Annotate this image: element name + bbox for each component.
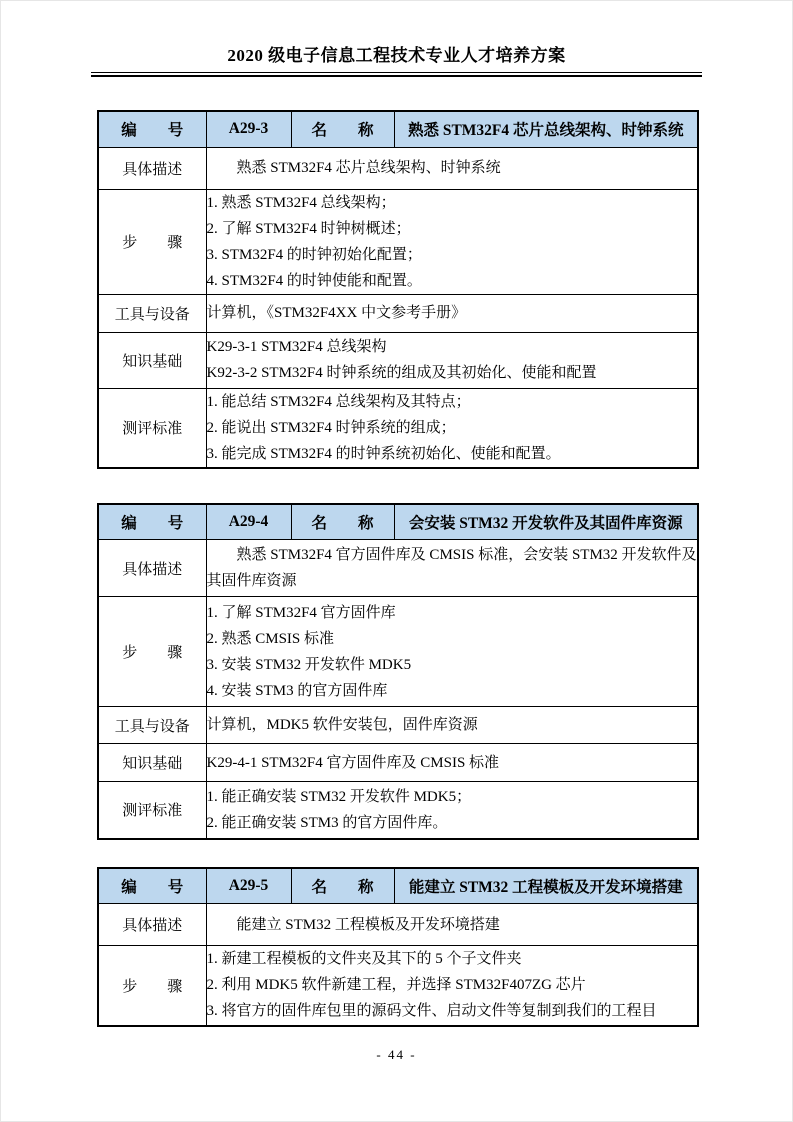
step-line: 2. 熟悉 CMSIS 标准 [207, 626, 698, 652]
code-label-cell: 编 号 [98, 111, 206, 147]
table-row: 知识基础 K29-4-1 STM32F4 官方固件库及 CMSIS 标准 [98, 744, 698, 782]
knowledge-line: K92-3-2 STM32F4 时钟系统的组成及其初始化、使能和配置 [207, 360, 698, 386]
knowledge-label-cell: 知识基础 [98, 744, 206, 782]
description-label-cell: 具体描述 [98, 540, 206, 597]
table-row: 工具与设备 计算机，MDK5 软件安装包，固件库资源 [98, 707, 698, 744]
steps-label-cell: 步 骤 [98, 597, 206, 707]
assessment-line: 3. 能完成 STM32F4 的时钟系统初始化、使能和配置。 [207, 441, 698, 467]
code-value-cell: A29-3 [206, 111, 291, 147]
step-line: 1. 熟悉 STM32F4 总线架构； [207, 190, 698, 216]
description-value-cell: 能建立 STM32 工程模板及开发环境搭建 [206, 904, 698, 946]
description-label-cell: 具体描述 [98, 147, 206, 189]
description-label-cell: 具体描述 [98, 904, 206, 946]
assessment-value-cell: 1. 能正确安装 STM32 开发软件 MDK5； 2. 能正确安装 STM3 … [206, 782, 698, 839]
tools-label-cell: 工具与设备 [98, 294, 206, 332]
table-row: 步 骤 1. 熟悉 STM32F4 总线架构； 2. 了解 STM32F4 时钟… [98, 189, 698, 294]
table-row: 测评标准 1. 能总结 STM32F4 总线架构及其特点； 2. 能说出 STM… [98, 388, 698, 468]
step-line: 2. 利用 MDK5 软件新建工程，并选择 STM32F407ZG 芯片 [207, 972, 698, 998]
name-label-cell: 名 称 [291, 111, 394, 147]
step-line: 1. 新建工程模板的文件夹及其下的 5 个子文件夹 [207, 946, 698, 972]
table-row: 知识基础 K29-3-1 STM32F4 总线架构 K92-3-2 STM32F… [98, 332, 698, 388]
steps-label-cell: 步 骤 [98, 946, 206, 1026]
assessment-label-cell: 测评标准 [98, 388, 206, 468]
steps-label-cell: 步 骤 [98, 189, 206, 294]
assessment-line: 1. 能总结 STM32F4 总线架构及其特点； [207, 389, 698, 415]
name-value-cell: 能建立 STM32 工程模板及开发环境搭建 [394, 868, 698, 904]
step-line: 4. 安装 STM3 的官方固件库 [207, 678, 698, 704]
step-line: 3. STM32F4 的时钟初始化配置； [207, 242, 698, 268]
assessment-line: 2. 能正确安装 STM3 的官方固件库。 [207, 810, 698, 836]
document-page: 2020 级电子信息工程技术专业人才培养方案 编 号 A29-3 名 称 熟悉 … [0, 0, 793, 1122]
step-line: 2. 了解 STM32F4 时钟树概述； [207, 216, 698, 242]
steps-value-cell: 1. 熟悉 STM32F4 总线架构； 2. 了解 STM32F4 时钟树概述；… [206, 189, 698, 294]
knowledge-value-cell: K29-4-1 STM32F4 官方固件库及 CMSIS 标准 [206, 744, 698, 782]
code-label-cell: 编 号 [98, 504, 206, 540]
code-label-cell: 编 号 [98, 868, 206, 904]
spec-table-a29-4: 编 号 A29-4 名 称 会安装 STM32 开发软件及其固件库资源 具体描述… [97, 503, 699, 840]
name-value-cell: 会安装 STM32 开发软件及其固件库资源 [394, 504, 698, 540]
spec-table-a29-5: 编 号 A29-5 名 称 能建立 STM32 工程模板及开发环境搭建 具体描述… [97, 867, 699, 1027]
table-row: 测评标准 1. 能正确安装 STM32 开发软件 MDK5； 2. 能正确安装 … [98, 782, 698, 839]
document-content: 编 号 A29-3 名 称 熟悉 STM32F4 芯片总线架构、时钟系统 具体描… [97, 110, 697, 1027]
header-rule [91, 72, 702, 77]
table-row: 步 骤 1. 了解 STM32F4 官方固件库 2. 熟悉 CMSIS 标准 3… [98, 597, 698, 707]
steps-value-cell: 1. 新建工程模板的文件夹及其下的 5 个子文件夹 2. 利用 MDK5 软件新… [206, 946, 698, 1026]
spec-table-a29-3: 编 号 A29-3 名 称 熟悉 STM32F4 芯片总线架构、时钟系统 具体描… [97, 110, 699, 469]
code-value-cell: A29-4 [206, 504, 291, 540]
name-label-cell: 名 称 [291, 868, 394, 904]
name-value-cell: 熟悉 STM32F4 芯片总线架构、时钟系统 [394, 111, 698, 147]
step-line: 3. 安装 STM32 开发软件 MDK5 [207, 652, 698, 678]
assessment-value-cell: 1. 能总结 STM32F4 总线架构及其特点； 2. 能说出 STM32F4 … [206, 388, 698, 468]
table-row: 具体描述 熟悉 STM32F4 官方固件库及 CMSIS 标准，会安装 STM3… [98, 540, 698, 597]
table-row: 编 号 A29-5 名 称 能建立 STM32 工程模板及开发环境搭建 [98, 868, 698, 904]
document-header: 2020 级电子信息工程技术专业人才培养方案 [0, 0, 793, 77]
table-row: 工具与设备 计算机，《STM32F4XX 中文参考手册》 [98, 294, 698, 332]
table-row: 步 骤 1. 新建工程模板的文件夹及其下的 5 个子文件夹 2. 利用 MDK5… [98, 946, 698, 1026]
table-row: 编 号 A29-3 名 称 熟悉 STM32F4 芯片总线架构、时钟系统 [98, 111, 698, 147]
assessment-label-cell: 测评标准 [98, 782, 206, 839]
step-line: 1. 了解 STM32F4 官方固件库 [207, 600, 698, 626]
step-line: 4. STM32F4 的时钟使能和配置。 [207, 268, 698, 294]
knowledge-value-cell: K29-3-1 STM32F4 总线架构 K92-3-2 STM32F4 时钟系… [206, 332, 698, 388]
name-label-cell: 名 称 [291, 504, 394, 540]
steps-value-cell: 1. 了解 STM32F4 官方固件库 2. 熟悉 CMSIS 标准 3. 安装… [206, 597, 698, 707]
knowledge-line: K29-3-1 STM32F4 总线架构 [207, 334, 698, 360]
assessment-line: 2. 能说出 STM32F4 时钟系统的组成； [207, 415, 698, 441]
step-line: 3. 将官方的固件库包里的源码文件、启动文件等复制到我们的工程目 [207, 998, 698, 1024]
page-number: - 44 - [0, 1047, 793, 1063]
table-row: 具体描述 能建立 STM32 工程模板及开发环境搭建 [98, 904, 698, 946]
assessment-line: 1. 能正确安装 STM32 开发软件 MDK5； [207, 784, 698, 810]
description-value-cell: 熟悉 STM32F4 官方固件库及 CMSIS 标准，会安装 STM32 开发软… [206, 540, 698, 597]
page-title: 2020 级电子信息工程技术专业人才培养方案 [0, 41, 793, 66]
tools-label-cell: 工具与设备 [98, 707, 206, 744]
tools-value-cell: 计算机，MDK5 软件安装包，固件库资源 [206, 707, 698, 744]
knowledge-label-cell: 知识基础 [98, 332, 206, 388]
code-value-cell: A29-5 [206, 868, 291, 904]
table-row: 具体描述 熟悉 STM32F4 芯片总线架构、时钟系统 [98, 147, 698, 189]
table-row: 编 号 A29-4 名 称 会安装 STM32 开发软件及其固件库资源 [98, 504, 698, 540]
tools-value-cell: 计算机，《STM32F4XX 中文参考手册》 [206, 294, 698, 332]
description-value-cell: 熟悉 STM32F4 芯片总线架构、时钟系统 [206, 147, 698, 189]
